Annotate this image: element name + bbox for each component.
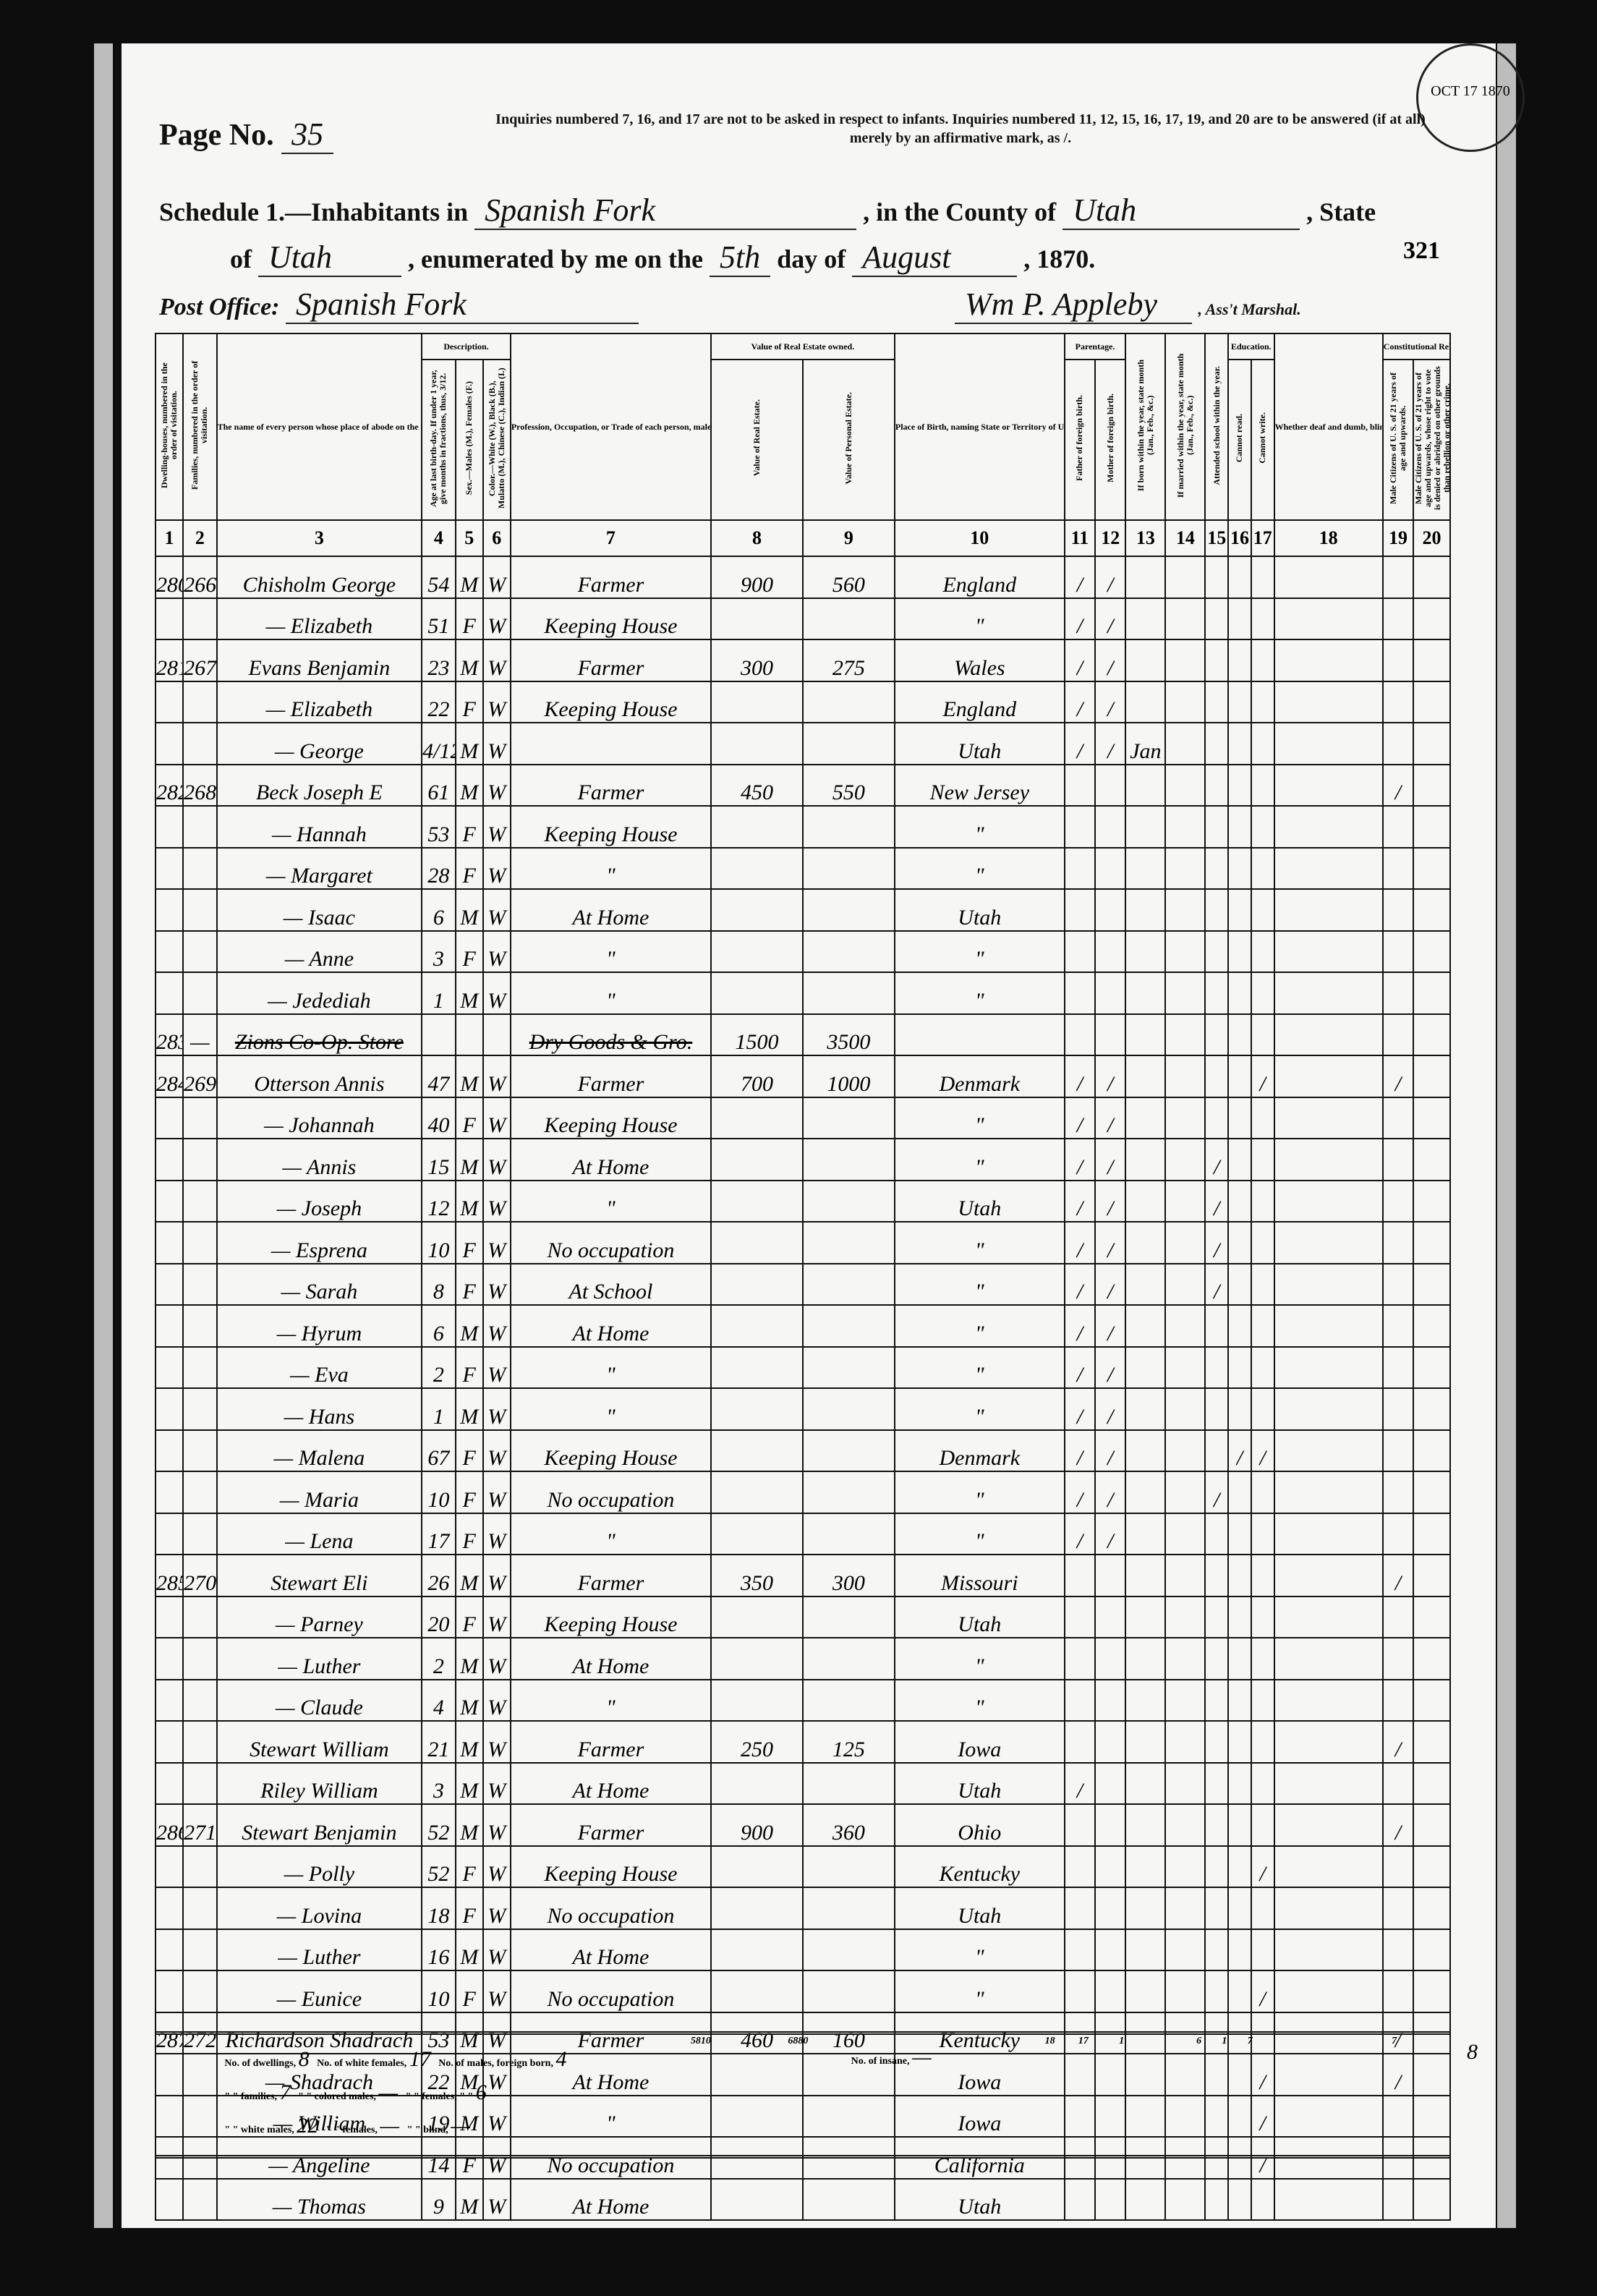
dwelling-number xyxy=(156,1181,183,1223)
occupation: No occupation xyxy=(511,1471,711,1513)
color: W xyxy=(483,1097,511,1139)
sex: M xyxy=(456,1139,483,1181)
families-count: 7 xyxy=(280,2080,291,2104)
birthplace: Utah xyxy=(895,1596,1065,1638)
table-row: — George4/12MWUtah//Jan xyxy=(156,723,1450,765)
citizen-mark: / xyxy=(1383,1721,1413,1763)
father-foreign-mark: / xyxy=(1065,1097,1095,1139)
margin-note: 8 xyxy=(1467,2040,1478,2065)
color: W xyxy=(483,1596,511,1638)
mother-foreign-mark xyxy=(1095,1555,1125,1596)
occupation: Farmer xyxy=(511,1055,711,1097)
mother-foreign-mark xyxy=(1095,1929,1125,1971)
married-in-year xyxy=(1165,556,1205,598)
sex: M xyxy=(456,1721,483,1763)
denied-mark xyxy=(1413,1929,1450,1971)
col-birthplace-header: Place of Birth, naming State or Territor… xyxy=(895,333,1065,520)
school-mark xyxy=(1205,1555,1228,1596)
citizen-mark xyxy=(1383,972,1413,1014)
real-estate-value xyxy=(711,1222,803,1264)
birthplace: Denmark xyxy=(895,1055,1065,1097)
real-estate-value: 700 xyxy=(711,1055,803,1097)
occupation: " xyxy=(511,1388,711,1430)
color: W xyxy=(483,1471,511,1513)
dwelling-number xyxy=(156,806,183,848)
sex: M xyxy=(456,889,483,931)
person-name: — Margaret xyxy=(217,848,422,890)
real-estate-value xyxy=(711,1097,803,1139)
dwelling-number xyxy=(156,848,183,890)
born-in-year xyxy=(1125,1222,1165,1264)
denied-mark xyxy=(1413,848,1450,890)
occupation: Farmer xyxy=(511,1721,711,1763)
personal-estate-value xyxy=(803,1763,895,1805)
table-row: — Luther2MWAt Home" xyxy=(156,1638,1450,1680)
color: W xyxy=(483,1721,511,1763)
cannot-read-mark xyxy=(1228,765,1251,807)
cannot-read-mark xyxy=(1228,1638,1251,1680)
personal-estate-value xyxy=(803,848,895,890)
day-field: 5th xyxy=(710,239,770,277)
born-in-year-total: 1 xyxy=(1100,2033,1144,2157)
school-mark xyxy=(1205,1680,1228,1722)
table-row: Stewart William21MWFarmer250125Iowa/ xyxy=(156,1721,1450,1763)
person-name: — Isaac xyxy=(217,889,422,931)
citizen-mark xyxy=(1383,1222,1413,1264)
age: 6 xyxy=(422,889,456,931)
denied-mark xyxy=(1413,1139,1450,1181)
sex: M xyxy=(456,1638,483,1680)
birthplace: " xyxy=(895,1222,1065,1264)
born-in-year xyxy=(1125,1139,1165,1181)
sex: F xyxy=(456,931,483,973)
person-name: — Luther xyxy=(217,1929,422,1971)
cannot-read-mark xyxy=(1228,598,1251,640)
mother-foreign-mark xyxy=(1095,1721,1125,1763)
birthplace: Wales xyxy=(895,639,1065,681)
real-estate-value: 250 xyxy=(711,1721,803,1763)
denied-mark xyxy=(1413,1638,1450,1680)
cannot-read-mark xyxy=(1228,1097,1251,1139)
person-name: — Maria xyxy=(217,1471,422,1513)
personal-estate-value xyxy=(803,1181,895,1223)
age: 53 xyxy=(422,806,456,848)
citizen-mark xyxy=(1383,1513,1413,1555)
color: W xyxy=(483,598,511,640)
father-foreign-mark xyxy=(1065,889,1095,931)
married-in-year xyxy=(1165,1181,1205,1223)
color: W xyxy=(483,1638,511,1680)
table-row: — Eunice10FWNo occupation"/ xyxy=(156,1970,1450,2012)
father-foreign-mark: / xyxy=(1065,1264,1095,1306)
cannot-read-mark: / xyxy=(1228,1430,1251,1472)
cannot-write-mark xyxy=(1251,889,1274,931)
married-in-year xyxy=(1165,1638,1205,1680)
occupation: Farmer xyxy=(511,639,711,681)
age: 8 xyxy=(422,1264,456,1306)
cannot-read-mark xyxy=(1228,1846,1251,1888)
color: W xyxy=(483,931,511,973)
married-in-year xyxy=(1165,1596,1205,1638)
occupation: Keeping House xyxy=(511,1097,711,1139)
dwelling-number xyxy=(156,1097,183,1139)
cannot-write-mark xyxy=(1251,1596,1274,1638)
born-in-year xyxy=(1125,1347,1165,1389)
citizen-mark xyxy=(1383,723,1413,765)
sex: F xyxy=(456,1846,483,1888)
color: W xyxy=(483,1763,511,1805)
sex: M xyxy=(456,1763,483,1805)
school-mark xyxy=(1205,972,1228,1014)
citizen-mark xyxy=(1383,1763,1413,1805)
cannot-write-mark xyxy=(1251,723,1274,765)
table-row: — Polly52FWKeeping HouseKentucky/ xyxy=(156,1846,1450,1888)
sex: F xyxy=(456,681,483,723)
personal-estate-value xyxy=(803,1222,895,1264)
birthplace: " xyxy=(895,1513,1065,1555)
dwelling-number xyxy=(156,889,183,931)
mother-foreign-mark xyxy=(1095,1596,1125,1638)
personal-estate-value xyxy=(803,1513,895,1555)
born-in-year xyxy=(1125,1680,1165,1722)
denied-mark xyxy=(1413,1347,1450,1389)
dwelling-number xyxy=(156,972,183,1014)
married-in-year xyxy=(1165,1680,1205,1722)
summary-counts: No. of dwellings, 8 No. of white females… xyxy=(220,2033,652,2157)
family-number xyxy=(183,1347,217,1389)
personal-estate-value xyxy=(803,1139,895,1181)
personal-estate-value: 300 xyxy=(803,1555,895,1596)
school-mark xyxy=(1205,1846,1228,1888)
table-row: 281267Evans Benjamin23MWFarmer300275Wale… xyxy=(156,639,1450,681)
person-name: Chisholm George xyxy=(217,556,422,598)
dwelling-number: 285 xyxy=(156,1555,183,1596)
citizen-mark xyxy=(1383,1097,1413,1139)
real-estate-value xyxy=(711,1887,803,1929)
page-number-value: 35 xyxy=(281,116,333,154)
occupation: Keeping House xyxy=(511,598,711,640)
married-in-year xyxy=(1165,972,1205,1014)
table-row: — Lena17FW""// xyxy=(156,1513,1450,1555)
disability xyxy=(1274,765,1383,807)
father-foreign-mark: / xyxy=(1065,1222,1095,1264)
born-in-year xyxy=(1125,1763,1165,1805)
born-in-year xyxy=(1125,639,1165,681)
column-number: 12 xyxy=(1095,520,1125,556)
denied-mark xyxy=(1413,1846,1450,1888)
personal-estate-value: 550 xyxy=(803,765,895,807)
citizen-mark xyxy=(1383,1887,1413,1929)
cannot-read-mark xyxy=(1228,931,1251,973)
denied-mark xyxy=(1413,1471,1450,1513)
col-mother-foreign-header: Mother of foreign birth. xyxy=(1095,360,1125,520)
age: 10 xyxy=(422,1222,456,1264)
person-name: — Sarah xyxy=(217,1264,422,1306)
citizen-mark xyxy=(1383,1846,1413,1888)
personal-estate-value xyxy=(803,598,895,640)
table-row: — Isaac6MWAt HomeUtah xyxy=(156,889,1450,931)
father-foreign-mark xyxy=(1065,1929,1095,1971)
married-in-year xyxy=(1165,1846,1205,1888)
color: W xyxy=(483,1388,511,1430)
white-males-count: 22 xyxy=(297,2114,318,2138)
denied-mark xyxy=(1413,1721,1450,1763)
school-mark xyxy=(1205,931,1228,973)
school-mark xyxy=(1205,2179,1228,2221)
born-in-year xyxy=(1125,1181,1165,1223)
birthplace: " xyxy=(895,848,1065,890)
cannot-write-mark xyxy=(1251,1181,1274,1223)
married-in-year xyxy=(1165,931,1205,973)
age: 54 xyxy=(422,556,456,598)
denied-mark xyxy=(1413,1555,1450,1596)
family-number xyxy=(183,806,217,848)
father-foreign-mark xyxy=(1065,1887,1095,1929)
color: W xyxy=(483,1430,511,1472)
married-in-year xyxy=(1165,848,1205,890)
dwelling-number xyxy=(156,2179,183,2221)
column-number: 7 xyxy=(511,520,711,556)
married-in-year xyxy=(1165,598,1205,640)
dwelling-number xyxy=(156,1970,183,2012)
birthplace: England xyxy=(895,556,1065,598)
col-dwelling-header: Dwelling-houses, numbered in the order o… xyxy=(156,333,183,520)
cannot-write-mark xyxy=(1251,1680,1274,1722)
person-name: — Jedediah xyxy=(217,972,422,1014)
born-in-year xyxy=(1125,1638,1165,1680)
cannot-write-mark xyxy=(1251,931,1274,973)
sex: M xyxy=(456,1804,483,1846)
age: 18 xyxy=(422,1887,456,1929)
dwelling-number xyxy=(156,931,183,973)
denied-mark xyxy=(1413,1222,1450,1264)
married-in-year xyxy=(1165,1929,1205,1971)
school-mark xyxy=(1205,598,1228,640)
disability xyxy=(1274,1680,1383,1722)
color: W xyxy=(483,1055,511,1097)
disability xyxy=(1274,1388,1383,1430)
table-row: 284269Otterson Annis47MWFarmer7001000Den… xyxy=(156,1055,1450,1097)
age: 10 xyxy=(422,1970,456,2012)
occupation: " xyxy=(511,1680,711,1722)
dwelling-number: 280 xyxy=(156,556,183,598)
cannot-write-mark xyxy=(1251,1929,1274,1971)
occupation: Farmer xyxy=(511,1555,711,1596)
citizen-mark xyxy=(1383,1264,1413,1306)
disability xyxy=(1274,1763,1383,1805)
column-number: 16 xyxy=(1228,520,1251,556)
citizen-mark xyxy=(1383,639,1413,681)
sex: M xyxy=(456,1388,483,1430)
married-in-year xyxy=(1165,1513,1205,1555)
occupation: " xyxy=(511,931,711,973)
column-number: 1 xyxy=(156,520,183,556)
person-name: Stewart William xyxy=(217,1721,422,1763)
family-number xyxy=(183,1388,217,1430)
father-foreign-mark: / xyxy=(1065,1513,1095,1555)
person-name: Zions Co-Op. Store xyxy=(217,1014,422,1056)
col-citizen-header: Male Citizens of U. S. of 21 years of ag… xyxy=(1383,360,1413,520)
disability xyxy=(1274,1970,1383,2012)
dwelling-number: 286 xyxy=(156,1804,183,1846)
sex: M xyxy=(456,556,483,598)
schedule-line: Schedule 1.—Inhabitants in Spanish Fork … xyxy=(159,192,1376,230)
table-row: — Hyrum6MWAt Home"// xyxy=(156,1305,1450,1347)
dwelling-number xyxy=(156,1680,183,1722)
family-number xyxy=(183,1846,217,1888)
disability xyxy=(1274,1347,1383,1389)
census-page: OCT 17 1870 Page No. 35 Inquiries number… xyxy=(122,43,1496,2228)
dwelling-number xyxy=(156,1388,183,1430)
real-estate-value xyxy=(711,723,803,765)
sex: F xyxy=(456,1222,483,1264)
denied-mark xyxy=(1413,1970,1450,2012)
mother-foreign-mark: / xyxy=(1095,1305,1125,1347)
mother-foreign-mark: / xyxy=(1095,681,1125,723)
denied-mark xyxy=(1413,931,1450,973)
birthplace: " xyxy=(895,1264,1065,1306)
col-name-header: The name of every person whose place of … xyxy=(217,333,422,520)
citizen-mark xyxy=(1383,1014,1413,1056)
denied-mark xyxy=(1413,1804,1450,1846)
occupation: " xyxy=(511,1181,711,1223)
disability xyxy=(1274,1471,1383,1513)
sex: M xyxy=(456,2179,483,2221)
color: W xyxy=(483,723,511,765)
father-foreign-mark: / xyxy=(1065,598,1095,640)
citizen-mark xyxy=(1383,681,1413,723)
father-foreign-mark: / xyxy=(1065,1139,1095,1181)
school-mark xyxy=(1205,1929,1228,1971)
place-field: Spanish Fork xyxy=(474,192,856,230)
age: 52 xyxy=(422,1804,456,1846)
school-total: 6 xyxy=(1186,2033,1211,2157)
personal-estate-value xyxy=(803,1680,895,1722)
disability xyxy=(1274,1181,1383,1223)
birthplace: Denmark xyxy=(895,1430,1065,1472)
father-foreign-mark: / xyxy=(1065,1471,1095,1513)
personal-estate-value xyxy=(803,681,895,723)
born-in-year xyxy=(1125,765,1165,807)
sex: M xyxy=(456,723,483,765)
parentage-group-header: Parentage. xyxy=(1065,333,1126,360)
citizen-mark xyxy=(1383,1596,1413,1638)
col-family-header: Families, numbered in the order of visit… xyxy=(183,333,217,520)
disability xyxy=(1274,889,1383,931)
mother-foreign-mark xyxy=(1095,1846,1125,1888)
mother-foreign-mark xyxy=(1095,1638,1125,1680)
color: W xyxy=(483,1347,511,1389)
dwelling-number xyxy=(156,1887,183,1929)
school-mark xyxy=(1205,723,1228,765)
birthplace: Kentucky xyxy=(895,1846,1065,1888)
married-in-year xyxy=(1165,889,1205,931)
sex: F xyxy=(456,1513,483,1555)
personal-estate-value xyxy=(803,1097,895,1139)
age: 23 xyxy=(422,639,456,681)
sex: F xyxy=(456,806,483,848)
person-name: — Lena xyxy=(217,1513,422,1555)
col-real-estate-header: Value of Real Estate. xyxy=(711,360,803,520)
month-field: August xyxy=(852,239,1017,277)
school-mark xyxy=(1205,806,1228,848)
born-in-year xyxy=(1125,1970,1165,2012)
mother-foreign-mark: / xyxy=(1095,1139,1125,1181)
occupation: At Home xyxy=(511,1305,711,1347)
real-estate-value xyxy=(711,806,803,848)
table-row: 283—Zions Co-Op. StoreDry Goods & Gro.15… xyxy=(156,1014,1450,1056)
family-number xyxy=(183,681,217,723)
born-in-year xyxy=(1125,2179,1165,2221)
disability xyxy=(1274,1305,1383,1347)
father-foreign-mark xyxy=(1065,1555,1095,1596)
table-row: Riley William3MWAt HomeUtah/ xyxy=(156,1763,1450,1805)
cannot-write-mark xyxy=(1251,1388,1274,1430)
table-row: — Sarah8FWAt School"/// xyxy=(156,1264,1450,1306)
age: 1 xyxy=(422,972,456,1014)
personal-estate-value: 560 xyxy=(803,556,895,598)
school-mark xyxy=(1205,1388,1228,1430)
real-estate-value xyxy=(711,1763,803,1805)
school-mark: / xyxy=(1205,1264,1228,1306)
disability xyxy=(1274,1055,1383,1097)
age: 22 xyxy=(422,681,456,723)
sex: M xyxy=(456,1555,483,1596)
family-number xyxy=(183,1638,217,1680)
family-number: 268 xyxy=(183,765,217,807)
disability xyxy=(1274,1721,1383,1763)
citizen-mark xyxy=(1383,1139,1413,1181)
value-group-header: Value of Real Estate owned. xyxy=(711,333,895,360)
table-row: — Thomas9MWAt HomeUtah xyxy=(156,2179,1450,2221)
person-name: Stewart Eli xyxy=(217,1555,422,1596)
born-in-year xyxy=(1125,889,1165,931)
born-in-year xyxy=(1125,1097,1165,1139)
denied-mark xyxy=(1413,556,1450,598)
disability xyxy=(1274,1014,1383,1056)
females-foreign-count: 6 xyxy=(476,2080,487,2104)
denied-mark xyxy=(1413,1181,1450,1223)
born-in-year: Jan xyxy=(1125,723,1165,765)
age: 17 xyxy=(422,1513,456,1555)
color: W xyxy=(483,556,511,598)
mother-foreign-mark: / xyxy=(1095,1471,1125,1513)
cannot-read-mark xyxy=(1228,889,1251,931)
mother-foreign-mark xyxy=(1095,889,1125,931)
table-row: — Annis15MWAt Home"/// xyxy=(156,1139,1450,1181)
column-number: 5 xyxy=(456,520,483,556)
col-occupation-header: Profession, Occupation, or Trade of each… xyxy=(511,333,711,520)
cannot-read-mark xyxy=(1228,681,1251,723)
color: W xyxy=(483,765,511,807)
color: W xyxy=(483,1804,511,1846)
instructions-notice: Inquiries numbered 7, 16, and 17 are not… xyxy=(425,110,1496,148)
school-mark xyxy=(1205,1970,1228,2012)
color: W xyxy=(483,681,511,723)
born-in-year xyxy=(1125,972,1165,1014)
born-in-year xyxy=(1125,1804,1165,1846)
real-estate-value xyxy=(711,1471,803,1513)
citizen-mark xyxy=(1383,556,1413,598)
family-number xyxy=(183,848,217,890)
school-mark xyxy=(1205,1804,1228,1846)
married-in-year xyxy=(1165,1139,1205,1181)
age: 16 xyxy=(422,1929,456,1971)
denied-mark xyxy=(1413,765,1450,807)
school-mark: / xyxy=(1205,1139,1228,1181)
real-estate-value xyxy=(711,848,803,890)
born-in-year xyxy=(1125,1471,1165,1513)
